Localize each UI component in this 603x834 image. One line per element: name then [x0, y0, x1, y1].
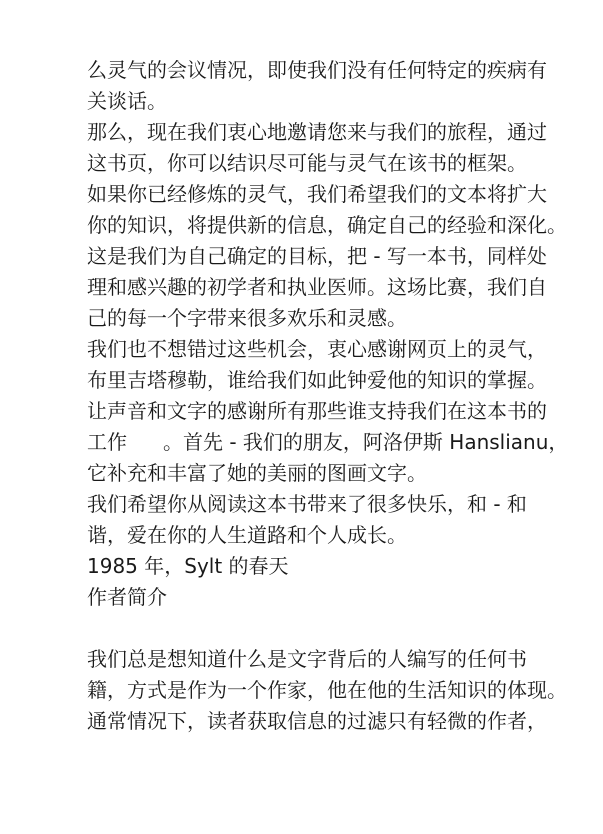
text-line: 让声音和文字的感谢所有那些谁支持我们在这本书的 — [87, 396, 527, 427]
text-line-work: 工作。首先 - 我们的朋友，阿洛伊斯 Hanslianu， — [87, 427, 527, 458]
text-fragment: 。首先 - 我们的朋友，阿洛伊斯 Hanslianu， — [163, 430, 568, 454]
text-line: 我们总是想知道什么是文字背后的人编写的任何书 — [87, 644, 527, 675]
text-line: 这书页，你可以结识尽可能与灵气在该书的框架。 — [87, 148, 527, 179]
text-line: 这是我们为自己确定的目标，把 - 写一本书，同样处 — [87, 241, 527, 272]
text-line: 关谈话。 — [87, 86, 527, 117]
text-line: 你的知识，将提供新的信息，确定自己的经验和深化。 — [87, 210, 527, 241]
text-line: 籍，方式是作为一个作家，他在他的生活知识的体现。 — [87, 675, 527, 706]
blank-line — [87, 613, 527, 644]
text-line: 布里吉塔穆勒，谁给我们如此钟爱他的知识的掌握。 — [87, 365, 527, 396]
text-line: 通常情况下，读者获取信息的过滤只有轻微的作者， — [87, 706, 527, 737]
text-line: 我们希望你从阅读这本书带来了很多快乐，和 - 和 — [87, 489, 527, 520]
text-line: 己的每一个字带来很多欢乐和灵感。 — [87, 303, 527, 334]
text-line: 谐，爱在你的人生道路和个人成长。 — [87, 520, 527, 551]
section-heading-author-bio: 作者简介 — [87, 582, 527, 613]
text-line: 理和感兴趣的初学者和执业医师。这场比赛，我们自 — [87, 272, 527, 303]
text-line: 如果你已经修炼的灵气，我们希望我们的文本将扩大 — [87, 179, 527, 210]
text-line: 它补充和丰富了她的美丽的图画文字。 — [87, 458, 527, 489]
document-page: 么灵气的会议情况，即使我们没有任何特定的疾病有 关谈话。 那么，现在我们衷心地邀… — [87, 55, 527, 737]
text-line: 那么，现在我们衷心地邀请您来与我们的旅程，通过 — [87, 117, 527, 148]
text-line: 么灵气的会议情况，即使我们没有任何特定的疾病有 — [87, 55, 527, 86]
signature-date-line: 1985 年，Sylt 的春天 — [87, 551, 527, 582]
text-fragment: 工作 — [87, 430, 127, 454]
text-line: 我们也不想错过这些机会，衷心感谢网页上的灵气， — [87, 334, 527, 365]
